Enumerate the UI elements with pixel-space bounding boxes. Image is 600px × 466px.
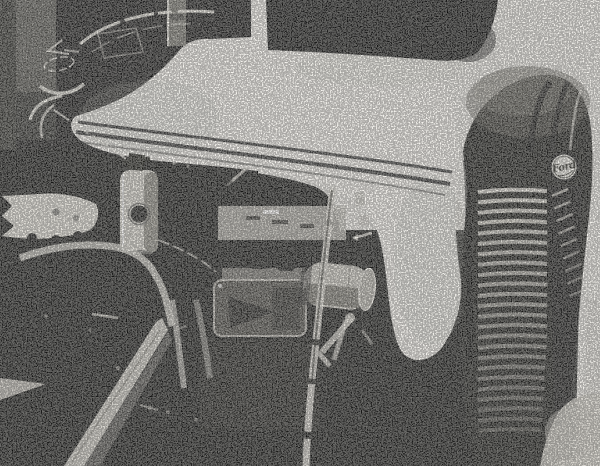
dither-noise-black [0,0,600,466]
tractor-photo: Ford [0,0,600,466]
